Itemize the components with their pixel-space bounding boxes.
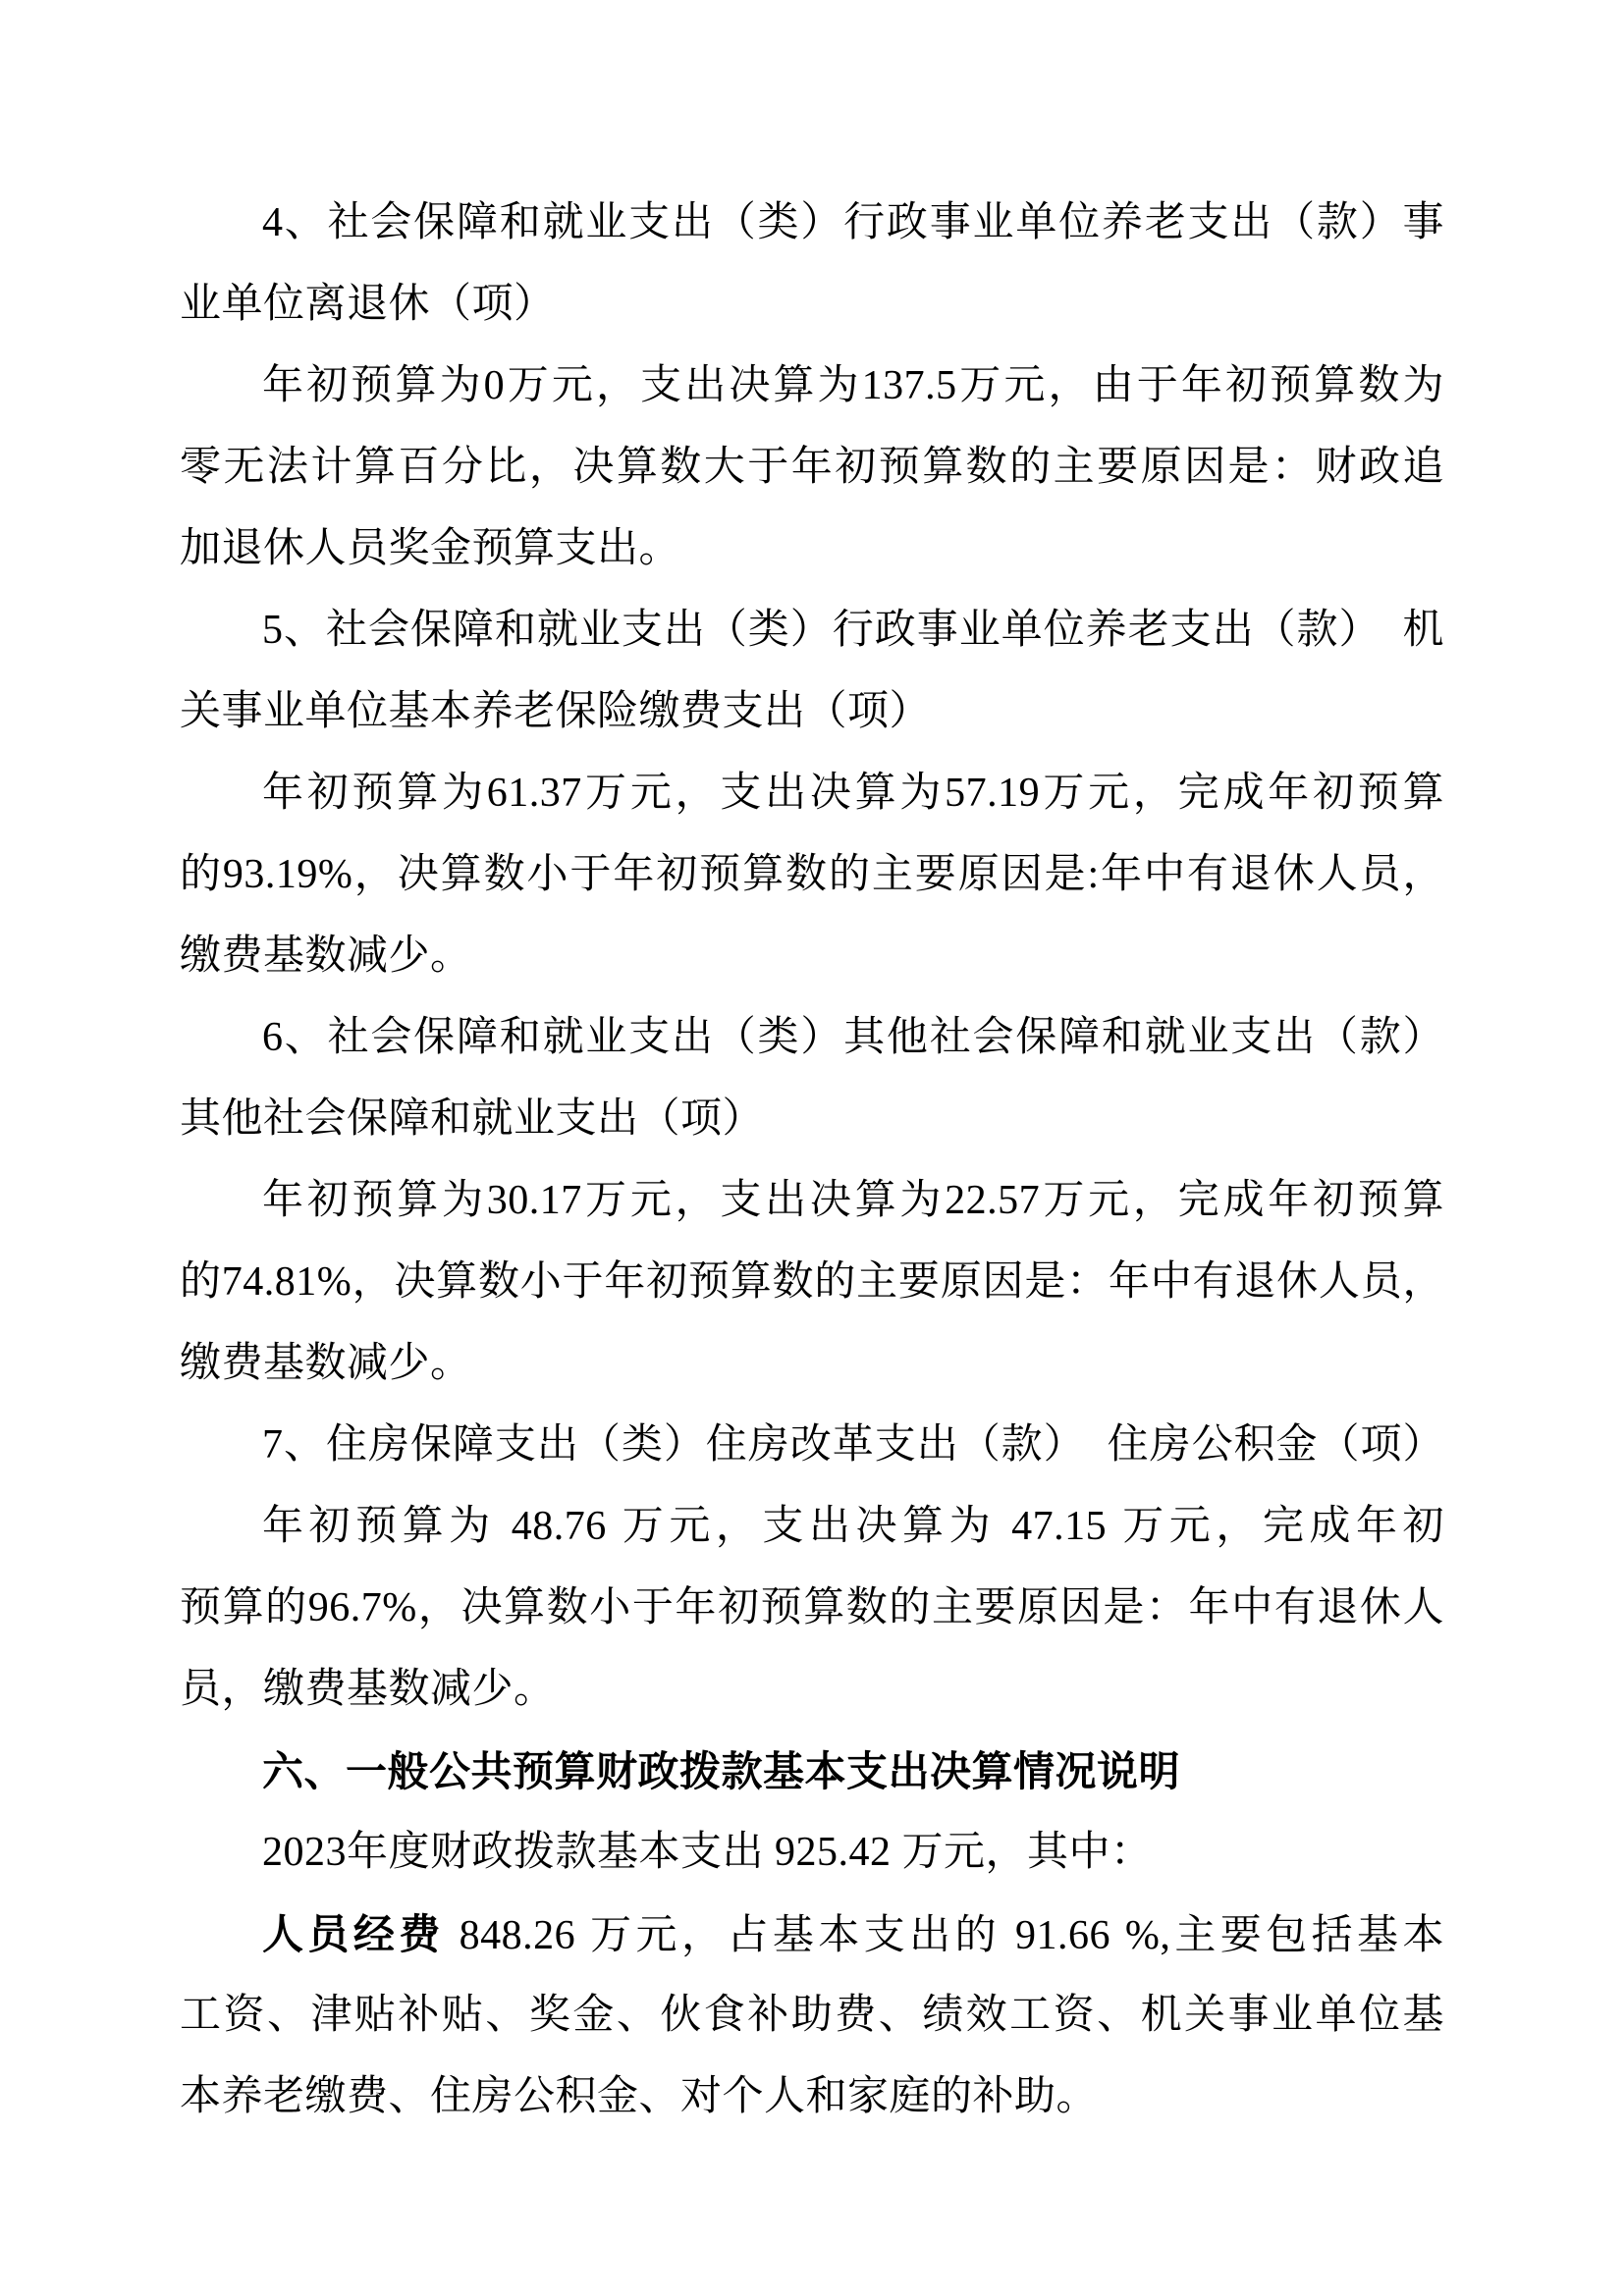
text-line: 本养老缴费、住房公积金、对个人和家庭的补助。 [180, 2056, 1444, 2138]
text-line: 加退休人员奖金预算支出。 [180, 508, 1444, 590]
text-line: 缴费基数减少。 [180, 916, 1444, 997]
text-line: 预算的96.7%，决算数小于年初预算数的主要原因是：年中有退休人 [180, 1568, 1444, 1649]
text-line: 其他社会保障和就业支出（项） [180, 1079, 1444, 1160]
text-line: 年初预算为61.37万元，支出决算为57.19万元，完成年初预算 [180, 753, 1444, 834]
section-heading: 六、一般公共预算财政拨款基本支出决算情况说明 [180, 1731, 1444, 1812]
text-line: 员，缴费基数减少。 [180, 1649, 1444, 1731]
text-line: 人员经费 848.26 万元，占基本支出的 91.66 %,主要包括基本 [180, 1894, 1444, 1975]
text-line: 业单位离退休（项） [180, 264, 1444, 346]
text-line: 年初预算为0万元，支出决算为137.5万元，由于年初预算数为 [180, 346, 1444, 427]
text-line: 的74.81%，决算数小于年初预算数的主要原因是：年中有退休人员， [180, 1242, 1444, 1323]
text-line: 4、社会保障和就业支出（类）行政事业单位养老支出（款）事 [180, 183, 1444, 264]
text-line: 年初预算为30.17万元，支出决算为22.57万元，完成年初预算 [180, 1160, 1444, 1242]
document-text-block: 4、社会保障和就业支出（类）行政事业单位养老支出（款）事 业单位离退休（项） 年… [180, 183, 1444, 2138]
text-run: 848.26 万元，占基本支出的 91.66 %,主要包括基本 [445, 1913, 1444, 1958]
bold-term: 人员经费 [262, 1911, 445, 1957]
text-line: 年初预算为 48.76 万元，支出决算为 47.15 万元，完成年初 [180, 1486, 1444, 1568]
text-line: 关事业单位基本养老保险缴费支出（项） [180, 671, 1444, 753]
text-line: 工资、津贴补贴、奖金、伙食补助费、绩效工资、机关事业单位基 [180, 1975, 1444, 2056]
text-line: 6、社会保障和就业支出（类）其他社会保障和就业支出（款） [180, 997, 1444, 1079]
text-line: 5、社会保障和就业支出（类）行政事业单位养老支出（款） 机 [180, 590, 1444, 671]
text-line: 7、住房保障支出（类）住房改革支出（款） 住房公积金（项） [180, 1405, 1444, 1486]
text-line: 的93.19%，决算数小于年初预算数的主要原因是:年中有退休人员， [180, 834, 1444, 916]
text-line: 2023年度财政拨款基本支出 925.42 万元，其中： [180, 1812, 1444, 1894]
text-line: 缴费基数减少。 [180, 1323, 1444, 1405]
text-line: 零无法计算百分比，决算数大于年初预算数的主要原因是：财政追 [180, 427, 1444, 508]
document-page: 4、社会保障和就业支出（类）行政事业单位养老支出（款）事 业单位离退休（项） 年… [0, 0, 1624, 2296]
